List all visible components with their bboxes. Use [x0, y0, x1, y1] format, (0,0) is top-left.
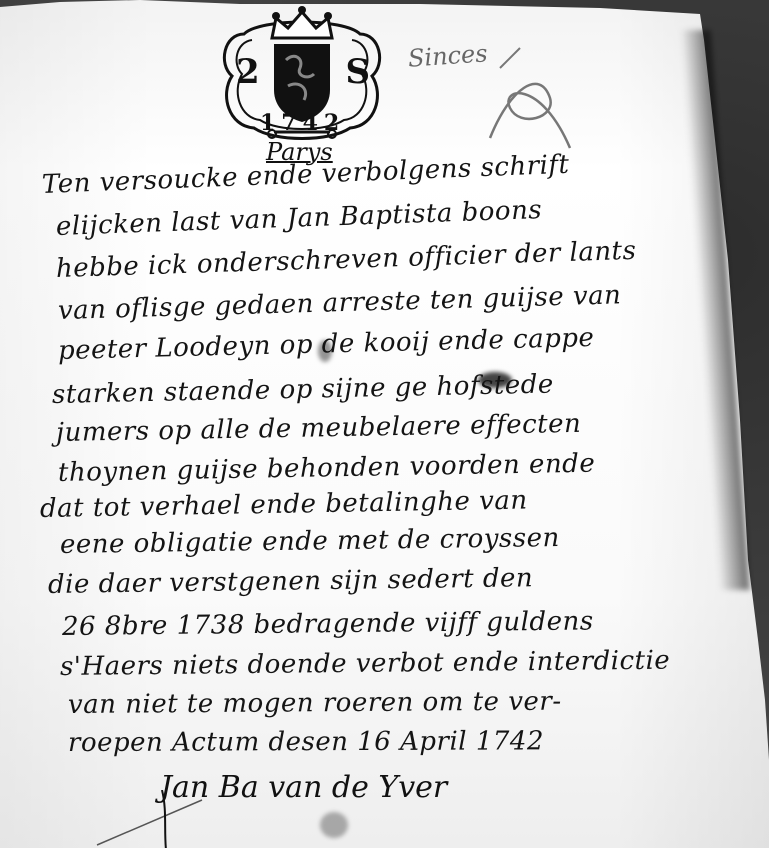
- stamp-year: 1742: [260, 110, 345, 136]
- ink-stain-bottom: [320, 812, 348, 838]
- photo-stage: 2 S 1742 Sinces Parys Ten versoucke ende…: [0, 0, 769, 848]
- text-line-14: van niet te mogen roeren om te ver-: [68, 687, 562, 720]
- signature-flourish-icon: [92, 790, 212, 848]
- margin-annotation: Sinces: [407, 39, 488, 72]
- flourish-mark-icon: [480, 28, 580, 158]
- tax-stamp: 2 S 1742: [214, 4, 390, 144]
- text-line-12: 26 8bre 1738 bedragende vijff guldens: [62, 606, 594, 642]
- stamp-right-mark: S: [345, 52, 370, 92]
- text-line-13: s'Haers niets doende verbot ende interdi…: [60, 646, 671, 682]
- text-line-15: roepen Actum desen 16 April 1742: [68, 726, 544, 758]
- stamp-left-mark: 2: [236, 52, 260, 92]
